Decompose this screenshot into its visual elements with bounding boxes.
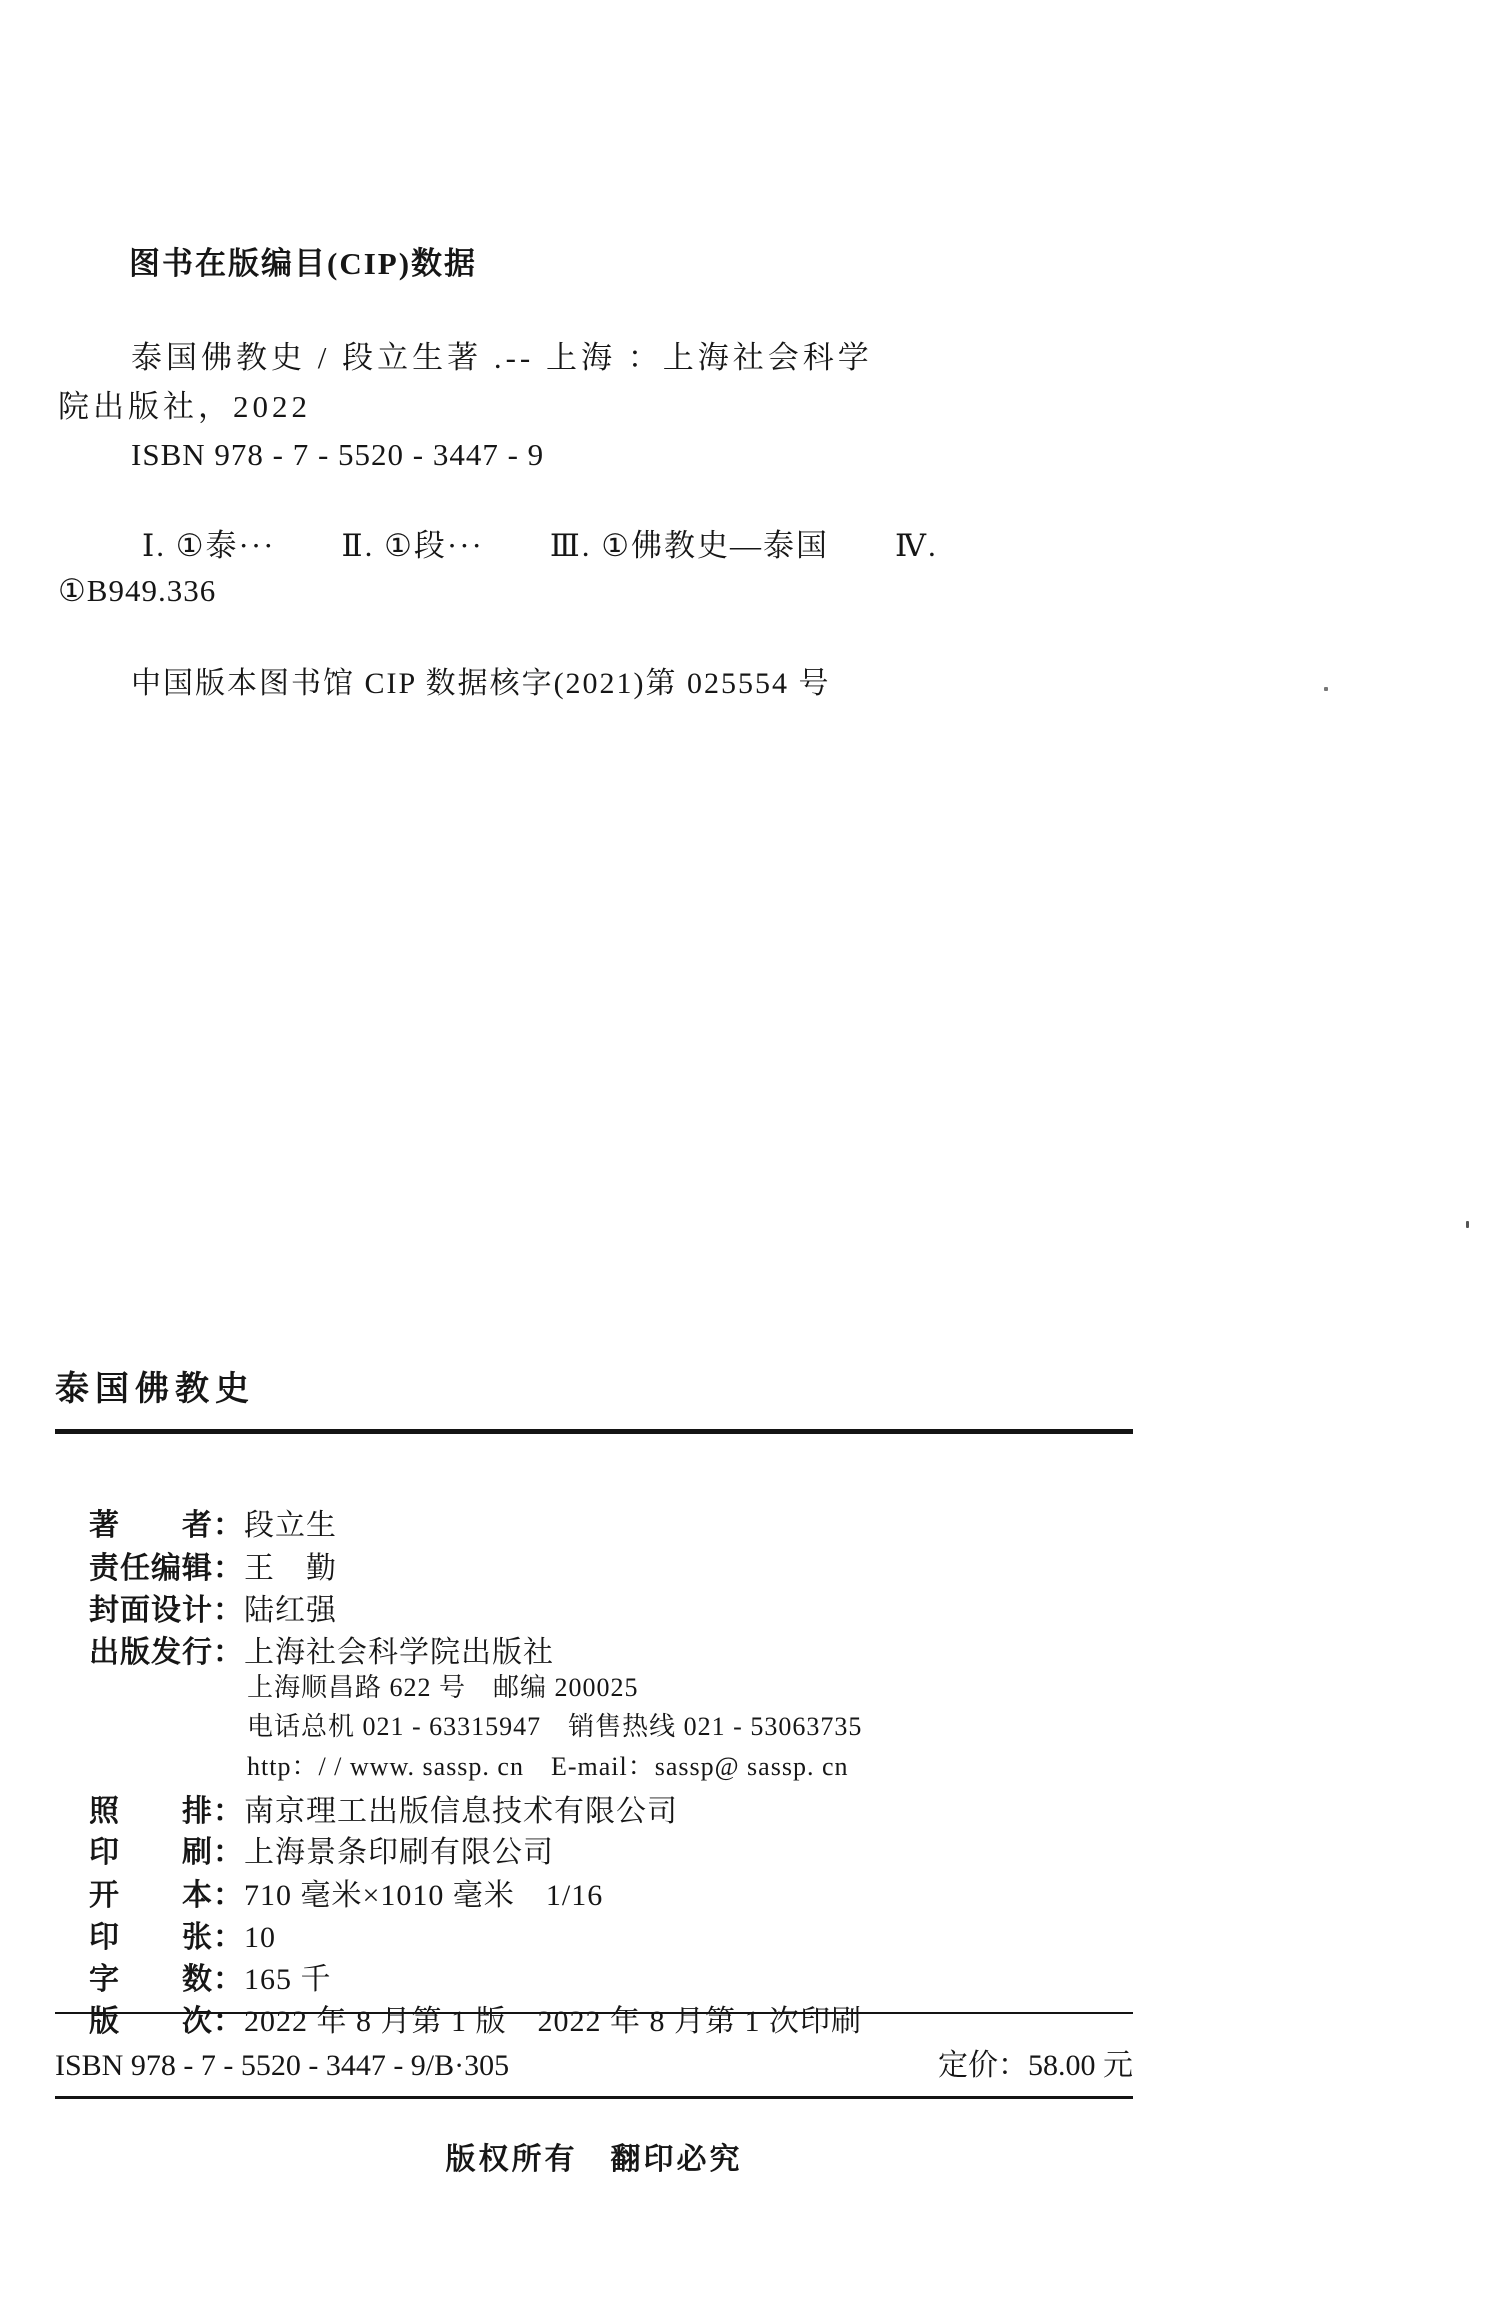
cip-entry-line1: 泰国佛教史 / 段立生著 .-- 上海 ：上海社会科学 [131, 340, 873, 376]
row-value: 2022 年 8 月第 1 版 2022 年 8 月第 1 次印刷 [244, 2005, 862, 2038]
footer-rule-top [55, 2012, 1133, 2014]
cip-classification-line2: ①B949.336 [58, 573, 216, 609]
cip-classification-line1: Ⅰ. ①泰··· Ⅱ. ①段··· Ⅲ. ①佛教史—泰国 Ⅳ. [142, 528, 938, 564]
cip-entry-line2: 院出版社，2022 [58, 389, 311, 425]
footer-isbn-price-line: ISBN 978 - 7 - 5520 - 3447 - 9/B·305 定价：… [55, 2040, 1133, 2084]
copyright-page: 图书在版编目(CIP)数据 泰国佛教史 / 段立生著 .-- 上海 ：上海社会科… [0, 0, 1500, 2304]
footer-rule-bottom [55, 2096, 1133, 2099]
row-label: 版 次： [89, 2005, 244, 2038]
cip-record-number: 中国版本图书馆 CIP 数据核字(2021)第 025554 号 [131, 667, 831, 702]
footer-price: 定价：58.00 元 [938, 2040, 1133, 2084]
title-rule [55, 1429, 1133, 1434]
scan-speck [1466, 1221, 1469, 1228]
copyright-notice: 版权所有 翻印必究 [55, 2134, 1133, 2178]
row-value: 710 毫米×1010 毫米 1/16 [244, 1879, 603, 1912]
cip-isbn: ISBN 978 - 7 - 5520 - 3447 - 9 [131, 437, 544, 473]
scan-speck [1324, 687, 1328, 691]
cip-heading: 图书在版编目(CIP)数据 [129, 246, 477, 282]
book-title: 泰国佛教史 [55, 1370, 255, 1409]
footer-isbn: ISBN 978 - 7 - 5520 - 3447 - 9/B·305 [55, 2049, 509, 2083]
